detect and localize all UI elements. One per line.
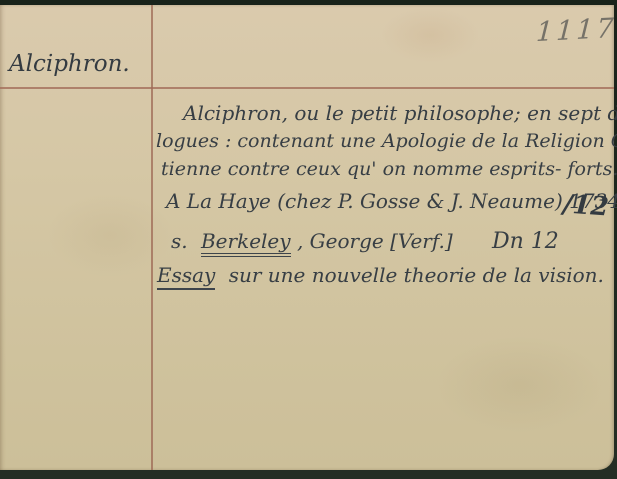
work-title-line: Essay sur une nouvelle theorie de la vis… bbox=[157, 263, 604, 287]
catalog-card: 1117 Alciphron. Alciphron, ou le petit p… bbox=[0, 0, 617, 479]
work-title-word: Essay bbox=[157, 263, 215, 290]
shelfmark: Dn 12 bbox=[492, 229, 559, 254]
author-prefix: s. bbox=[171, 229, 188, 253]
author-name: Berkeley bbox=[201, 229, 291, 257]
work-title-rest: sur une nouvelle theorie de la vision. bbox=[229, 263, 604, 287]
catalog-number: 1117 bbox=[535, 13, 617, 48]
imprint-line: A La Haye (chez P. Gosse & J. Neaume) 17… bbox=[166, 189, 617, 213]
index-heading: Alciphron. bbox=[9, 51, 130, 77]
entry-line-1: Alciphron, ou le petit philosophe; en se… bbox=[183, 101, 617, 125]
horizontal-rule bbox=[0, 87, 614, 89]
paper-surface: 1117 Alciphron. Alciphron, ou le petit p… bbox=[0, 5, 614, 470]
entry-line-3: tienne contre ceux qu' on nomme esprits-… bbox=[161, 158, 617, 180]
volume-note: /12 bbox=[562, 189, 610, 222]
entry-line-2: logues : contenant une Apologie de la Re… bbox=[156, 130, 617, 152]
author-line: s. Berkeley , George [Verf.] bbox=[171, 229, 453, 253]
vertical-rule bbox=[151, 5, 153, 470]
author-detail: , George [Verf.] bbox=[297, 229, 453, 253]
